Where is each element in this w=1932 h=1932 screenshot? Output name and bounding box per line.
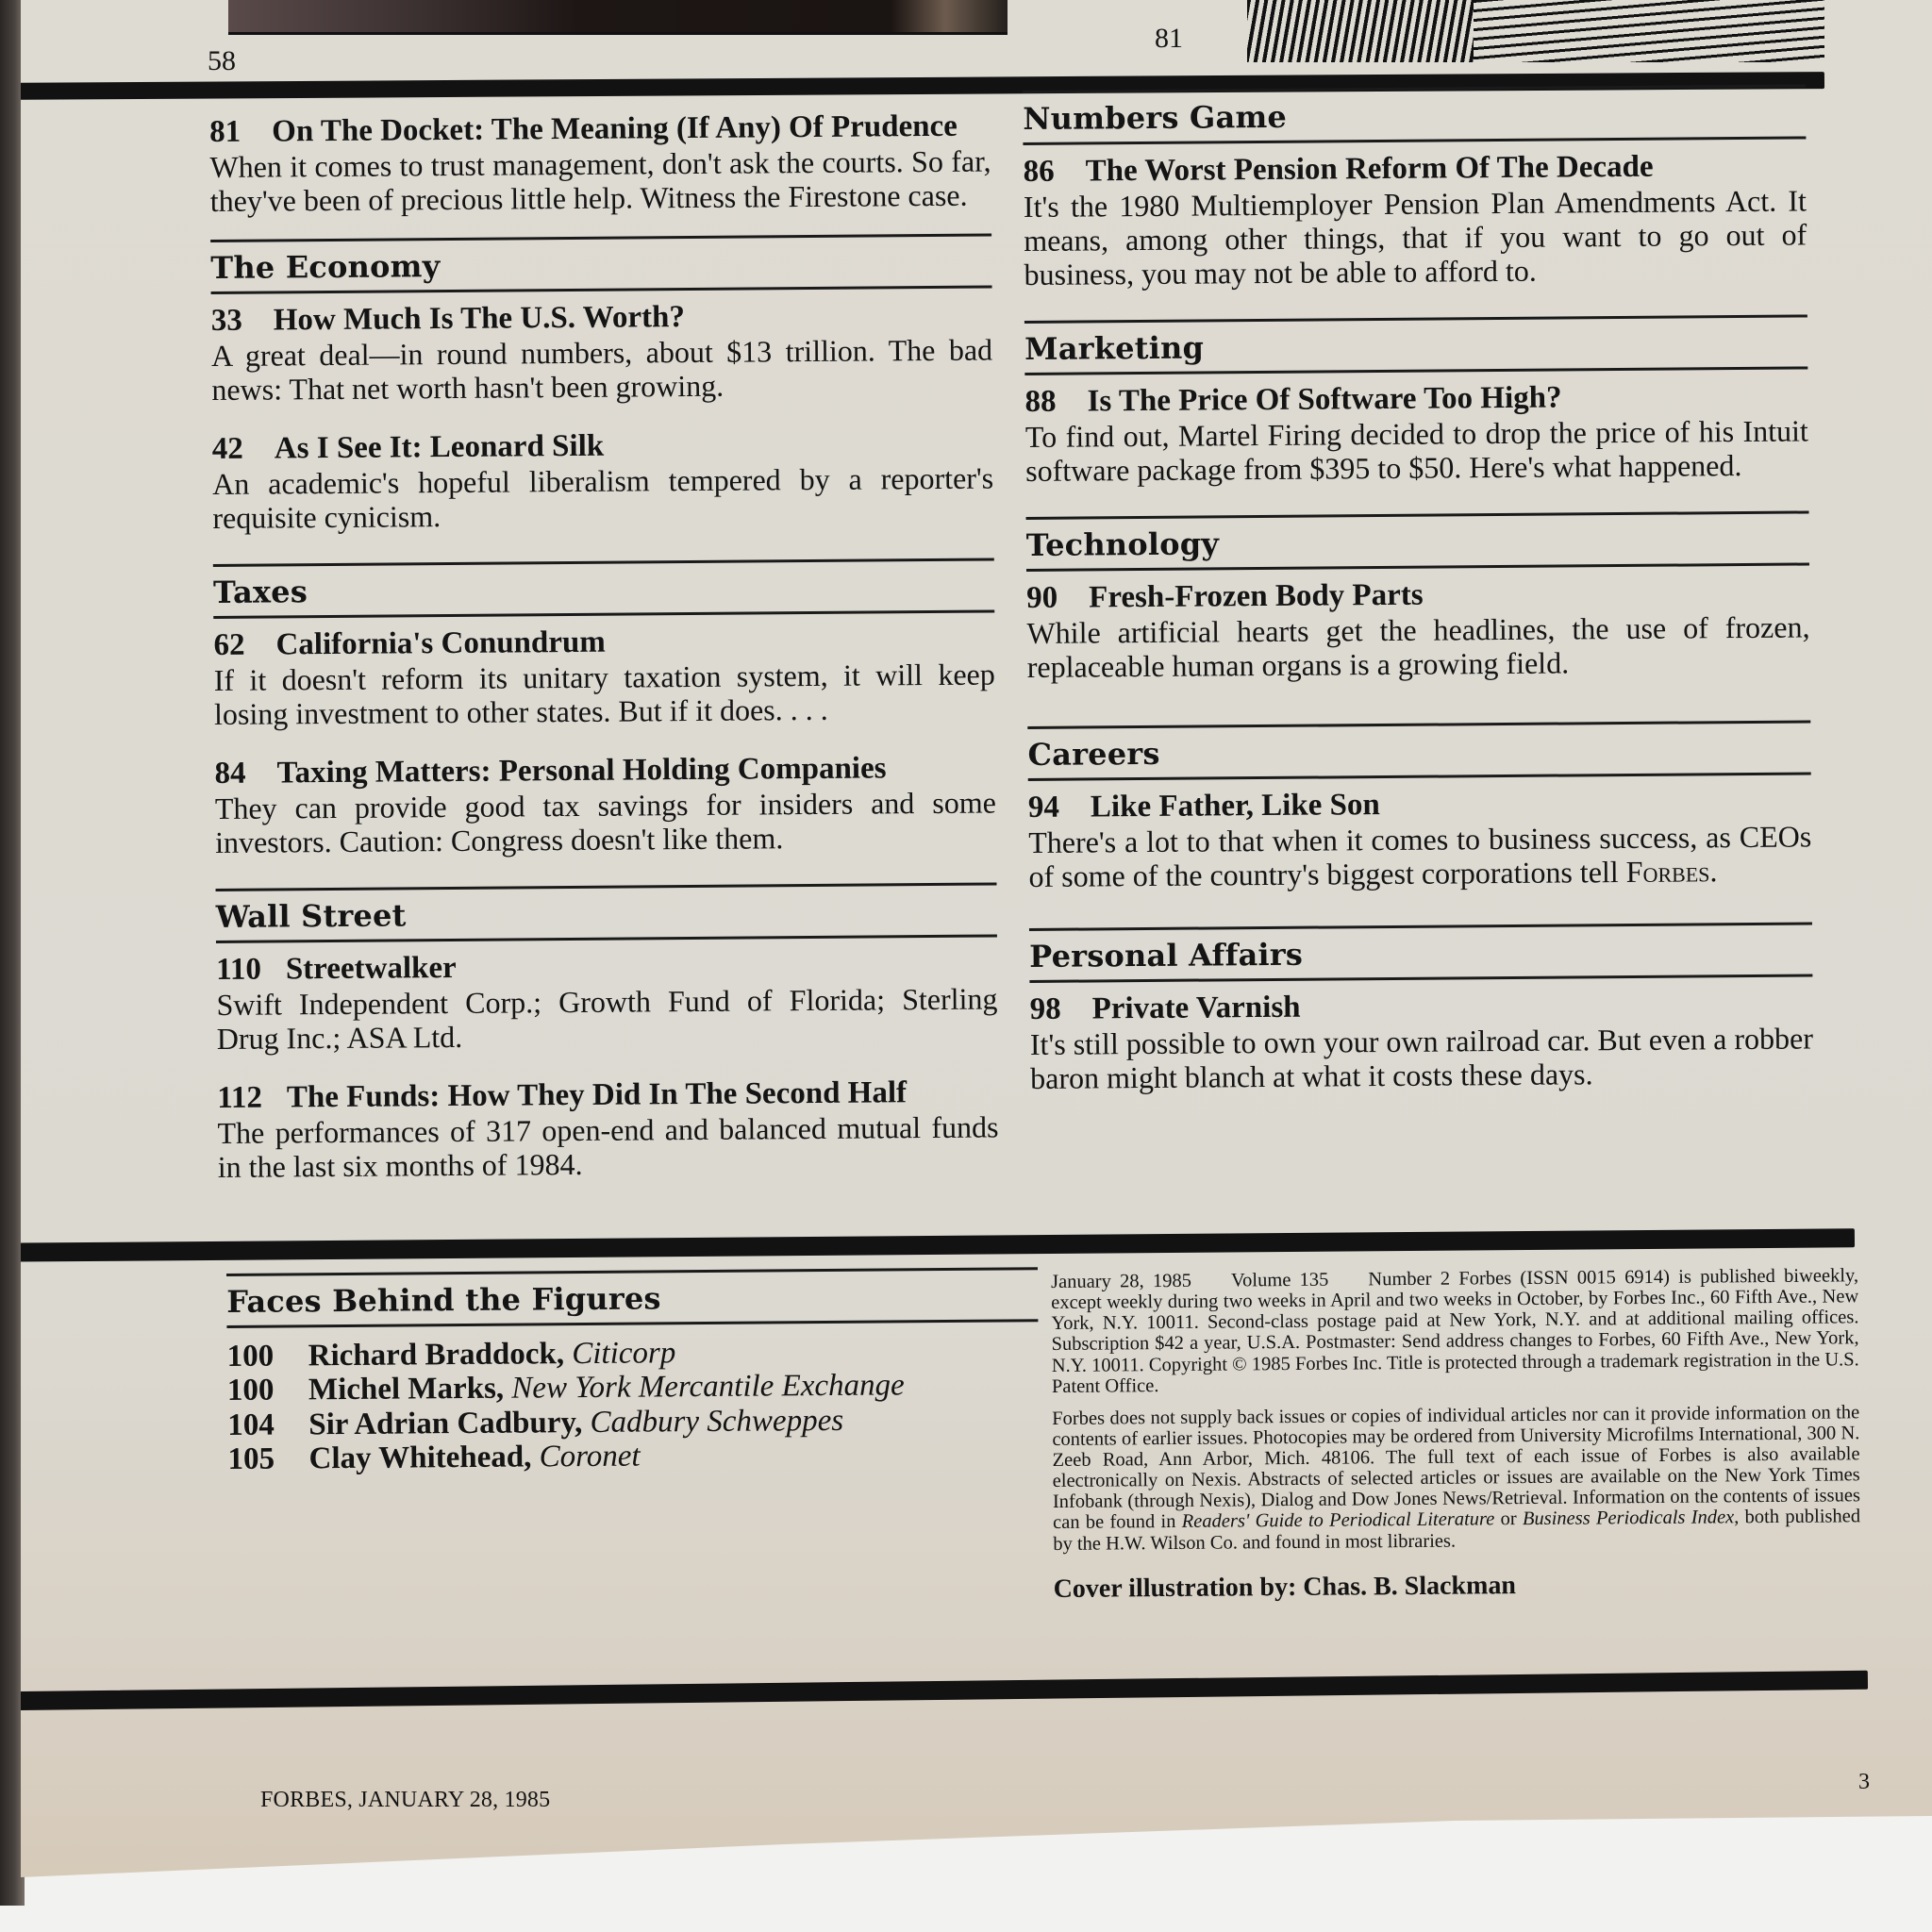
section-technology: Technology 90 Fresh-Frozen Body Parts Wh…	[1026, 510, 1810, 684]
issue-date: January 28, 1985	[1051, 1271, 1191, 1292]
face-organization: Citicorp	[572, 1336, 675, 1371]
page-number: 3	[1858, 1770, 1870, 1795]
entry-description: There's a lot to that when it comes to b…	[1028, 820, 1812, 893]
back-issues-paragraph: Forbes does not supply back issues or co…	[1052, 1402, 1860, 1555]
entry-title: Private Varnish	[1092, 990, 1301, 1025]
section-numbers-game: Numbers Game 86 The Worst Pension Reform…	[1023, 84, 1807, 291]
section-careers: Careers 94 Like Father, Like Son There's…	[1027, 720, 1811, 893]
readers-guide-title: Readers' Guide to Periodical Literature	[1182, 1509, 1495, 1533]
entry-title: As I See It: Leonard Silk	[275, 429, 605, 466]
folio-line: FORBES, JANUARY 28, 1985	[260, 1788, 550, 1813]
section-heading: Faces Behind the Figures	[226, 1270, 1038, 1328]
entry-page-number: 90	[1026, 580, 1064, 615]
entry-description: If it doesn't reform its unitary taxatio…	[214, 658, 996, 732]
face-name: Richard Braddock,	[308, 1337, 565, 1373]
entry-description: They can provide good tax savings for in…	[215, 787, 997, 860]
face-organization: Cadbury Schweppes	[590, 1403, 843, 1439]
toc-entry[interactable]: 84 Taxing Matters: Personal Holding Comp…	[214, 750, 996, 859]
entry-title: Fresh-Frozen Body Parts	[1089, 577, 1424, 614]
right-column: Numbers Game 86 The Worst Pension Reform…	[1023, 84, 1813, 1095]
face-name: Clay Whitehead,	[308, 1440, 531, 1475]
entry-page-number: 112	[217, 1080, 262, 1115]
toc-entry[interactable]: 110 Streetwalker Swift Independent Corp.…	[216, 946, 998, 1056]
toc-entry[interactable]: 33 How Much Is The U.S. Worth? A great d…	[211, 297, 993, 407]
entry-page-number: 42	[212, 432, 250, 467]
face-organization: New York Mercantile Exchange	[511, 1369, 905, 1406]
toc-entry[interactable]: 81 On The Docket: The Meaning (If Any) O…	[209, 108, 991, 218]
face-page-number: 100	[227, 1340, 280, 1374]
middle-thick-rule	[0, 1228, 1855, 1261]
cover-credit: Cover illustration by: Chas. B. Slackman	[1054, 1569, 1861, 1604]
section-heading: Numbers Game	[1023, 87, 1806, 145]
section-marketing: Marketing 88 Is The Price Of Software To…	[1024, 314, 1808, 488]
face-name: Sir Adrian Cadbury,	[308, 1406, 582, 1441]
toc-entry[interactable]: 62 California's Conundrum If it doesn't …	[213, 622, 995, 731]
entry-description: A great deal—in round numbers, about $13…	[211, 334, 993, 408]
entry-page-number: 81	[209, 115, 247, 150]
entry-page-number: 94	[1028, 790, 1066, 824]
section-heading: Technology	[1026, 513, 1809, 572]
entry-description: An academic's hopeful liberalism tempere…	[212, 462, 994, 536]
entry-title: How Much Is The U.S. Worth?	[274, 300, 685, 338]
section-heading: The Economy	[210, 236, 991, 294]
photo-page-reference: 58	[208, 45, 236, 77]
section-heading: Personal Affairs	[1029, 924, 1812, 983]
entry-description: The performances of 317 open-end and bal…	[217, 1110, 999, 1184]
faces-list: 100 Richard Braddock, Citicorp 100 Miche…	[227, 1333, 1040, 1476]
entry-title: On The Docket: The Meaning (If Any) Of P…	[272, 109, 958, 149]
entry-page-number: 110	[216, 952, 261, 987]
section-wall-street: Wall Street 110 Streetwalker Swift Indep…	[216, 882, 999, 1184]
publication-info: January 28, 1985Volume 135Number 2 Forbe…	[1051, 1265, 1861, 1604]
entry-description: While artificial hearts get the headline…	[1026, 610, 1810, 684]
entry-page-number: 98	[1030, 991, 1068, 1026]
face-name: Michel Marks,	[308, 1372, 504, 1407]
issue-number: Number 2	[1368, 1269, 1450, 1291]
toc-entry[interactable]: 88 Is The Price Of Software Too High? To…	[1024, 378, 1808, 488]
entry-title: The Funds: How They Did In The Second Ha…	[287, 1075, 907, 1114]
face-organization: Coronet	[540, 1439, 641, 1474]
toc-entry[interactable]: 112 The Funds: How They Did In The Secon…	[217, 1074, 999, 1184]
masthead-paragraph: January 28, 1985Volume 135Number 2 Forbe…	[1051, 1265, 1859, 1396]
face-page-number: 104	[227, 1407, 280, 1442]
faces-behind-figures: Faces Behind the Figures 100 Richard Bra…	[226, 1267, 1040, 1476]
section-economy: The Economy 33 How Much Is The U.S. Wort…	[210, 233, 993, 535]
toc-entry[interactable]: 98 Private Varnish It's still possible t…	[1030, 986, 1814, 1095]
section-heading: Marketing	[1024, 317, 1807, 375]
entry-title: The Worst Pension Reform Of The Decade	[1086, 150, 1654, 189]
entry-title: Is The Price Of Software Too High?	[1087, 380, 1561, 418]
entry-title: Like Father, Like Son	[1091, 788, 1380, 824]
entry-page-number: 86	[1024, 155, 1061, 190]
entry-description: It's still possible to own your own rail…	[1030, 1022, 1814, 1095]
forbes-smallcaps: Forbes.	[1626, 854, 1718, 889]
entry-page-number: 84	[214, 756, 252, 791]
face-page-number: 100	[227, 1374, 280, 1408]
cropped-photo-thumbnail	[228, 0, 1008, 35]
entry-page-number: 88	[1024, 384, 1062, 419]
entry-title: Taxing Matters: Personal Holding Compani…	[276, 751, 886, 790]
illustration-page-reference: 81	[1155, 23, 1183, 55]
magazine-page: 58 81 81 On The Docket: The Meaning (If …	[21, 0, 1932, 1887]
toc-entry[interactable]: 94 Like Father, Like Son There's a lot t…	[1028, 784, 1812, 893]
business-periodicals-title: Business Periodicals Index	[1523, 1507, 1734, 1530]
section-heading: Wall Street	[216, 885, 997, 943]
section-personal-affairs: Personal Affairs 98 Private Varnish It's…	[1029, 922, 1813, 1095]
entry-description: It's the 1980 Multiemployer Pension Plan…	[1024, 185, 1807, 292]
entry-page-number: 62	[213, 628, 251, 663]
face-entry[interactable]: 105 Clay Whitehead, Coronet	[227, 1436, 1039, 1476]
entry-page-number: 33	[211, 304, 249, 339]
entry-title: California's Conundrum	[275, 625, 606, 662]
issue-volume: Volume 135	[1231, 1270, 1329, 1291]
back-issues-text: or	[1494, 1508, 1523, 1529]
toc-entry[interactable]: 86 The Worst Pension Reform Of The Decad…	[1024, 148, 1807, 291]
toc-entry[interactable]: 42 As I See It: Leonard Silk An academic…	[212, 425, 994, 535]
cropped-illustration-thumbnail	[1247, 0, 1824, 62]
section-heading: Taxes	[213, 560, 994, 619]
entry-description: When it comes to trust management, don't…	[209, 145, 991, 219]
entry-description: To find out, Martel Firing decided to dr…	[1025, 415, 1809, 489]
section-taxes: Taxes 62 California's Conundrum If it do…	[213, 558, 996, 859]
bottom-thick-rule	[0, 1671, 1868, 1710]
toc-entry[interactable]: 90 Fresh-Frozen Body Parts While artific…	[1026, 575, 1810, 684]
face-page-number: 105	[227, 1441, 280, 1476]
entry-description: Swift Independent Corp.; Growth Fund of …	[216, 983, 998, 1057]
section-heading: Careers	[1027, 723, 1810, 781]
left-column: 81 On The Docket: The Meaning (If Any) O…	[209, 99, 999, 1184]
entry-title: Streetwalker	[286, 951, 457, 987]
